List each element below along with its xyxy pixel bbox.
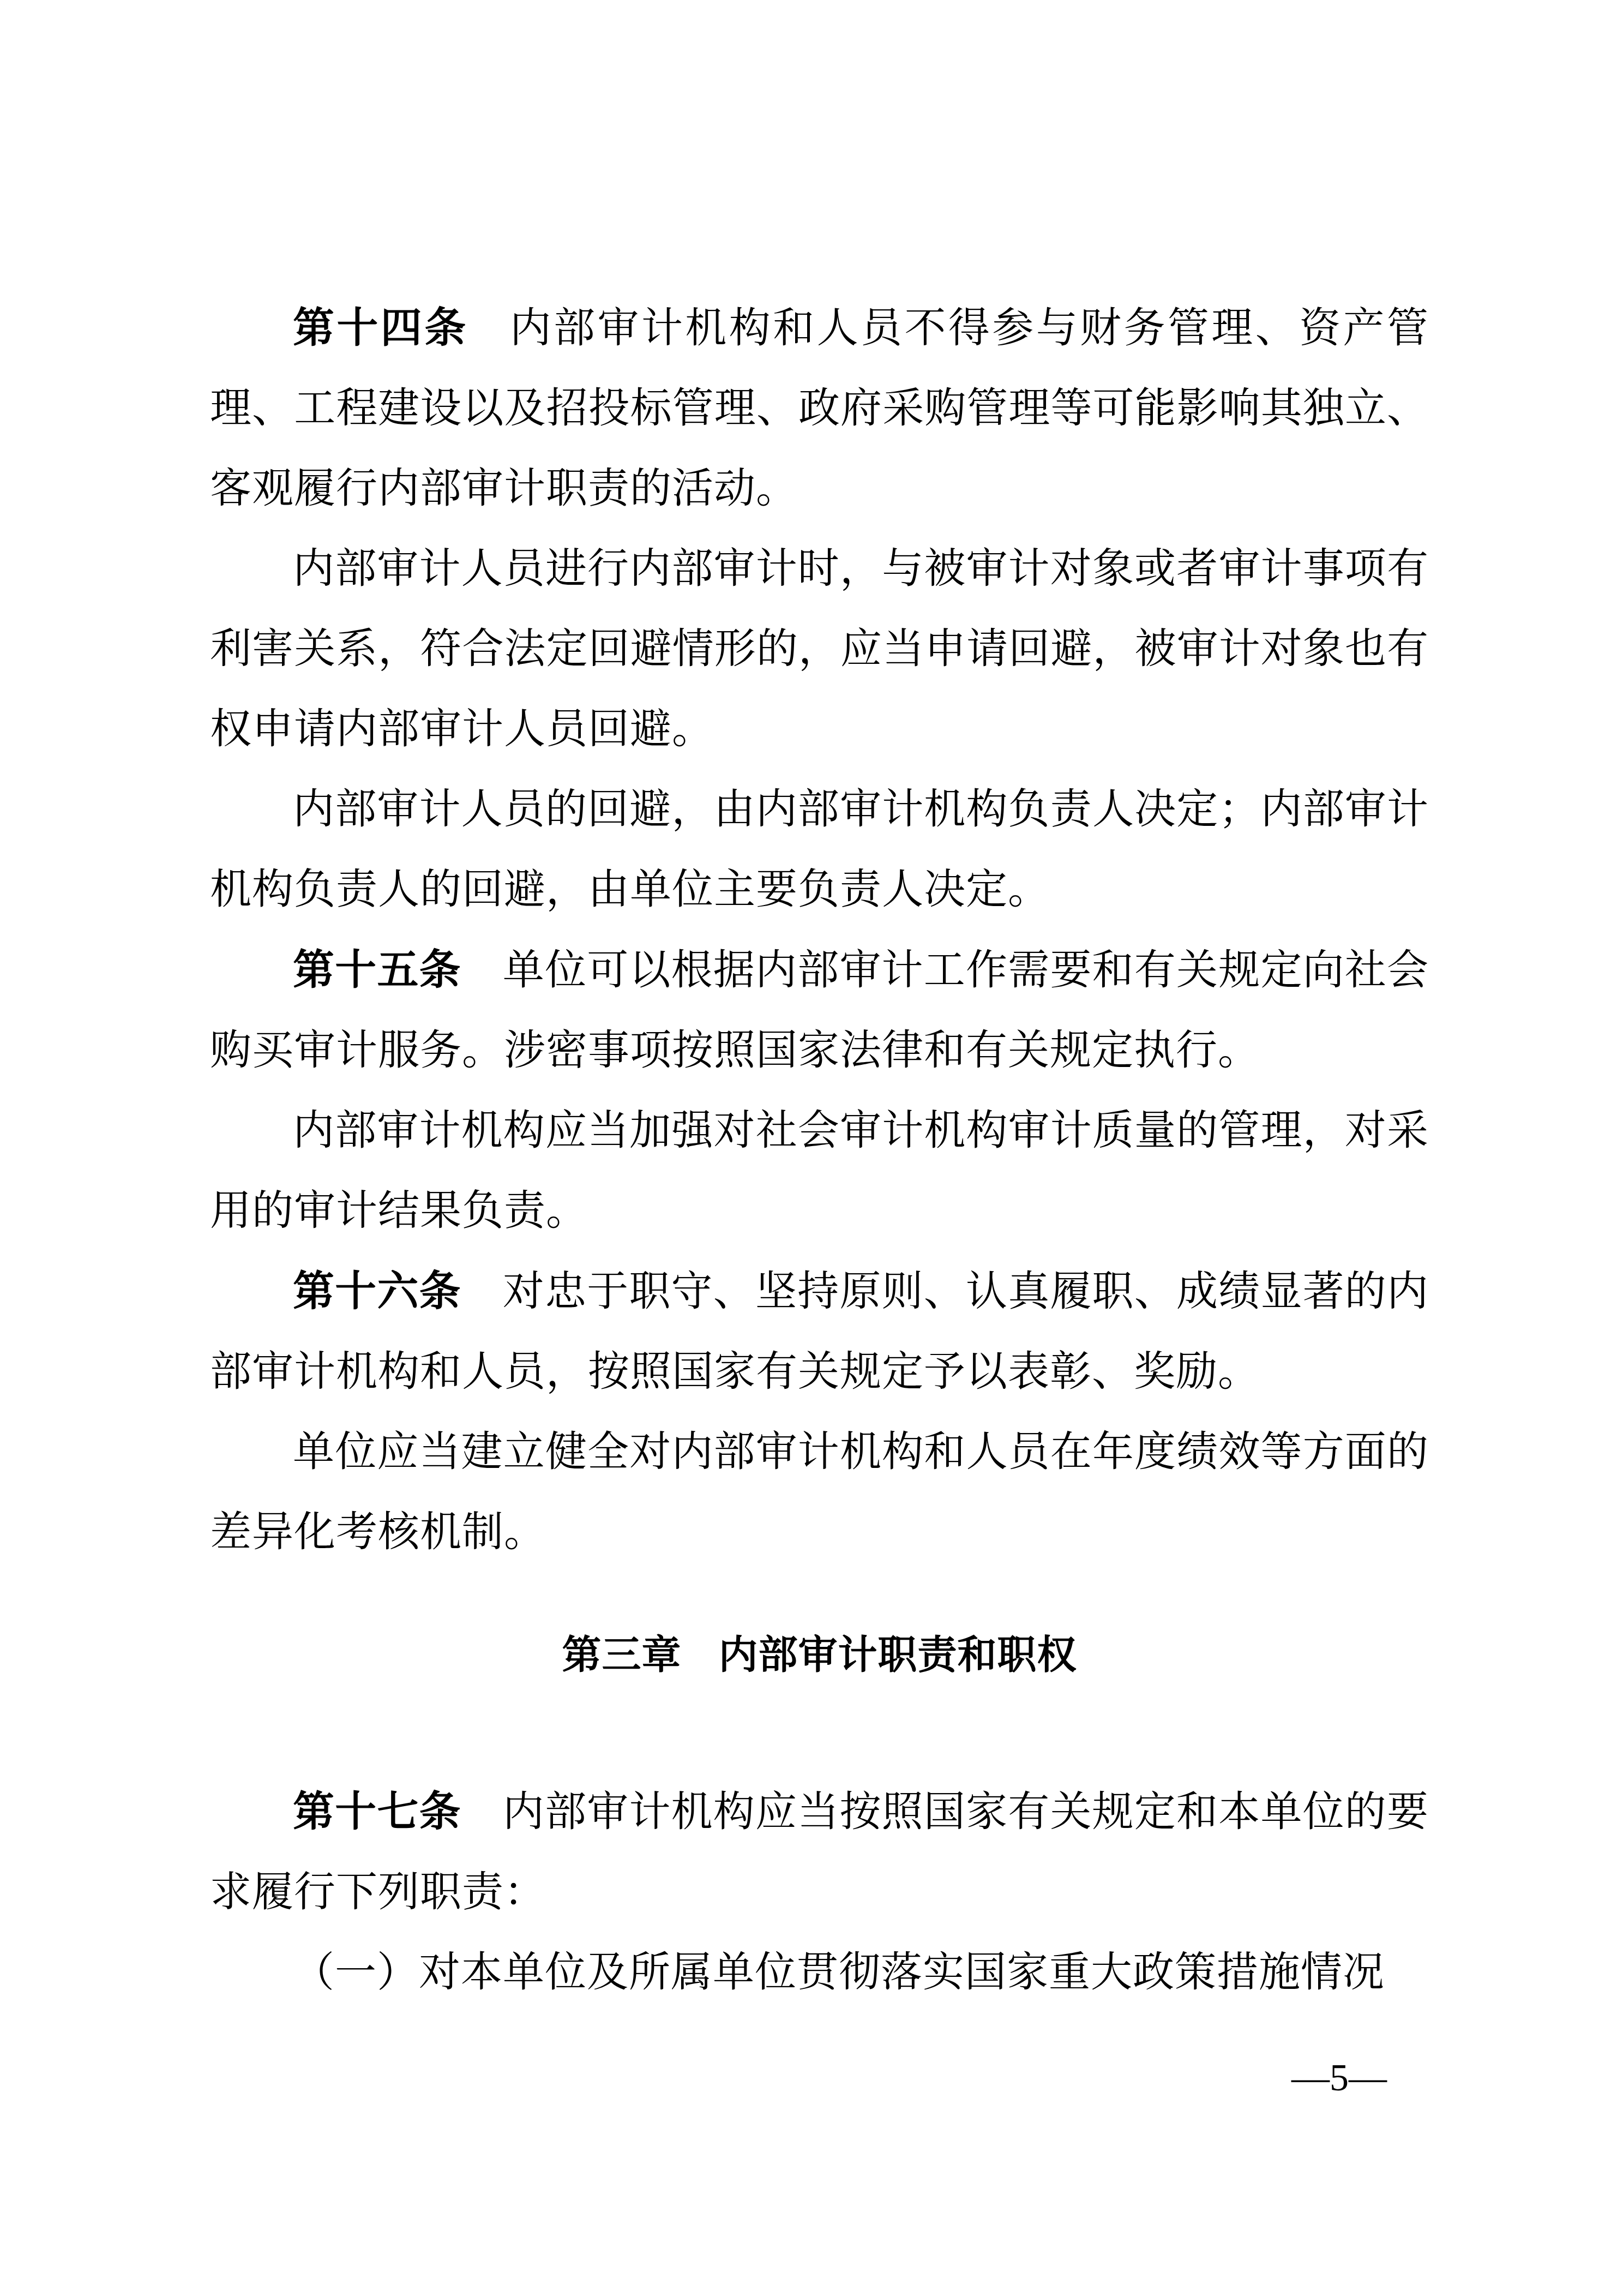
paragraph: 内部审计机构应当加强对社会审计机构审计质量的管理，对采用的审计结果负责。: [210, 1091, 1429, 1251]
paragraph-text: 单位应当建立健全对内部审计机构和人员在年度绩效等方面的差异化考核机制。: [210, 1429, 1429, 1555]
paragraph-text: 内部审计人员的回避，由内部审计机构负责人决定；内部审计机构负责人的回避，由单位主…: [210, 787, 1429, 913]
paragraph: （一）对本单位及所属单位贯彻落实国家重大政策措施情况: [210, 1933, 1429, 2013]
chapter-title: 内部审计职责和职权: [719, 1633, 1077, 1677]
chapter-number: 第三章: [562, 1633, 681, 1677]
article-number: 第十七条: [293, 1789, 461, 1835]
paragraph: 内部审计人员进行内部审计时，与被审计对象或者审计事项有利害关系，符合法定回避情形…: [210, 529, 1429, 770]
paragraph-text: 内部审计机构应当加强对社会审计机构审计质量的管理，对采用的审计结果负责。: [210, 1108, 1429, 1234]
chapter-heading: 第三章内部审计职责和职权: [210, 1615, 1429, 1695]
article-number: 第十四条: [293, 305, 468, 351]
document-page: 第十四条内部审计机构和人员不得参与财务管理、资产管理、工程建设以及招投标管理、政…: [0, 0, 1623, 2296]
paragraph: 单位应当建立健全对内部审计机构和人员在年度绩效等方面的差异化考核机制。: [210, 1412, 1429, 1573]
page-number: —5—: [1291, 2057, 1387, 2100]
paragraph-text: 内部审计人员进行内部审计时，与被审计对象或者审计事项有利害关系，符合法定回避情形…: [210, 546, 1429, 752]
article-number: 第十六条: [293, 1268, 461, 1315]
paragraph: 第十五条单位可以根据内部审计工作需要和有关规定向社会购买审计服务。涉密事项按照国…: [210, 930, 1429, 1091]
paragraph: 第十七条内部审计机构应当按照国家有关规定和本单位的要求履行下列职责：: [210, 1772, 1429, 1933]
article-number: 第十五条: [293, 947, 461, 993]
paragraph-text: （一）对本单位及所属单位贯彻落实国家重大政策措施情况: [293, 1950, 1385, 1995]
paragraph: 第十四条内部审计机构和人员不得参与财务管理、资产管理、工程建设以及招投标管理、政…: [210, 288, 1429, 529]
paragraph: 第十六条对忠于职守、坚持原则、认真履职、成绩显著的内部审计机构和人员，按照国家有…: [210, 1251, 1429, 1412]
paragraph: 内部审计人员的回避，由内部审计机构负责人决定；内部审计机构负责人的回避，由单位主…: [210, 770, 1429, 930]
body-text: 第十四条内部审计机构和人员不得参与财务管理、资产管理、工程建设以及招投标管理、政…: [210, 288, 1429, 2013]
